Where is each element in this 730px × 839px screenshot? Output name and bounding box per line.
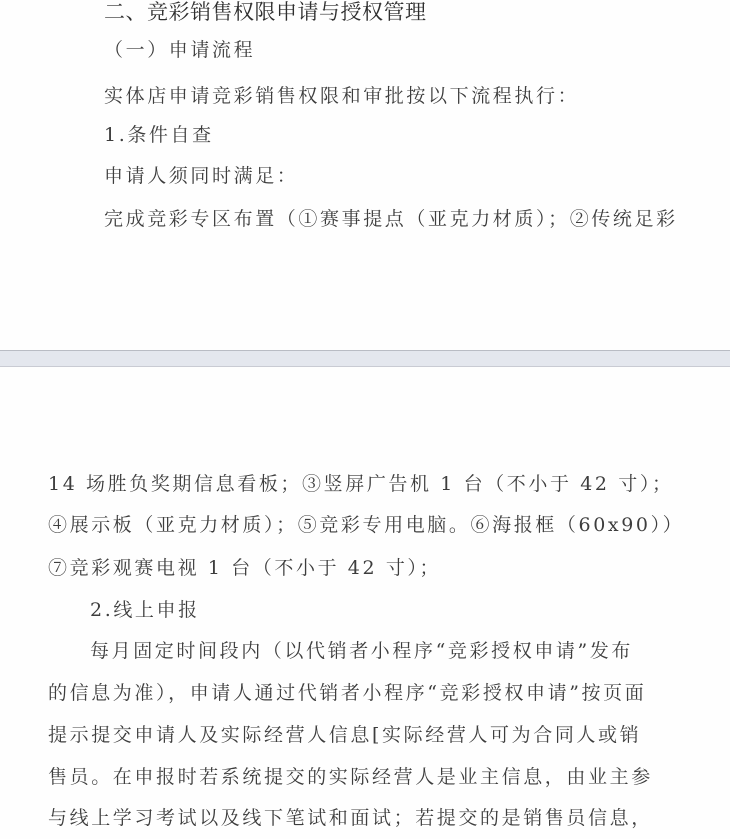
paragraph-line: 提示提交申请人及实际经营人信息[实际经营人可为合同人或销 [48, 723, 641, 747]
page-separator [0, 350, 730, 367]
paragraph-line: 与线上学习考试以及线下笔试和面试；若提交的是销售员信息， [48, 806, 653, 830]
paragraph-line: 的信息为准），申请人通过代销者小程序“竞彩授权申请”按页面 [48, 681, 646, 705]
step1-title: 1.条件自查 [104, 123, 214, 147]
step1-condition: 完成竞彩专区布置（①赛事提点（亚克力材质）；②传统足彩 [104, 207, 678, 231]
step1-lead: 申请人须同时满足： [104, 164, 298, 188]
condition-line: ④展示板（亚克力材质）；⑤竞彩专用电脑。⑥海报框（60x90）） [48, 513, 684, 537]
paragraph-line: 每月固定时间段内（以代销者小程序“竞彩授权申请”发布 [90, 639, 633, 663]
step2-title: 2.线上申报 [90, 598, 200, 622]
document-page-1: 二、竞彩销售权限申请与授权管理 （一）申请流程 实体店申请竞彩销售权限和审批按以… [0, 0, 730, 350]
condition-line: 14 场胜负奖期信息看板；③竖屏广告机 1 台（不小于 42 寸）； [48, 472, 674, 496]
section-heading: 二、竞彩销售权限申请与授权管理 [104, 0, 427, 24]
subsection-heading: （一）申请流程 [104, 38, 255, 62]
intro-paragraph: 实体店申请竞彩销售权限和审批按以下流程执行： [104, 84, 579, 108]
document-page-2: 14 场胜负奖期信息看板；③竖屏广告机 1 台（不小于 42 寸）； ④展示板（… [0, 367, 730, 839]
condition-line: ⑦竞彩观赛电视 1 台（不小于 42 寸）； [48, 556, 441, 580]
paragraph-line: 售员。在申报时若系统提交的实际经营人是业主信息，由业主参 [48, 765, 653, 789]
